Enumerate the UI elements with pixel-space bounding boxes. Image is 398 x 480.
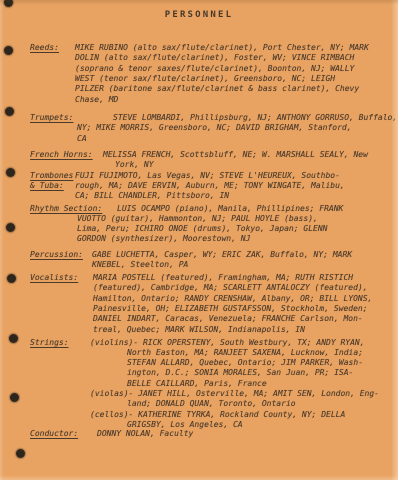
personnel-line-vocalists: Painesville, OH; ELIZABETH GUSTAFSSON, S…	[93, 304, 368, 314]
hole-punch-icon	[7, 274, 16, 283]
hole-punch-icon	[4, 0, 13, 7]
hole-punch-icon	[10, 393, 19, 402]
personnel-line-trombones-tuba: rough, MA; DAVE ERVIN, Auburn, ME; TONY …	[75, 181, 345, 191]
section-label-trumpets: Trumpets:	[30, 113, 73, 123]
section-label-trombones-tuba: Trombones	[30, 171, 73, 181]
personnel-line-reeds: DOLIN (alto sax/flute/clarinet), Foster,…	[75, 53, 354, 63]
personnel-line-strings: North Easton, MA; RANJEET SAXENA, Luckno…	[127, 348, 363, 358]
personnel-line-reeds: MIKE RUBINO (alto sax/flute/clarinet), P…	[75, 43, 369, 53]
hole-punch-icon	[5, 107, 14, 116]
personnel-line-strings: (violins)- RICK OPERSTENY, South Westbur…	[90, 338, 365, 348]
personnel-line-trumpets: NY; MIKE MORRIS, Greensboro, NC; DAVID B…	[77, 123, 352, 133]
section-label-trombones-tuba: & Tuba:	[30, 181, 64, 191]
personnel-line-trumpets: CA	[77, 134, 87, 144]
personnel-line-percussion: KNEBEL, Steelton, PA	[92, 260, 188, 270]
personnel-line-reeds: (soprano & tenor saxes/flute/clarinet), …	[75, 64, 354, 74]
personnel-line-strings: BELLE CAILLARD, Paris, France	[127, 379, 267, 389]
hole-punch-icon	[9, 334, 18, 343]
personnel-line-vocalists: MARIA POSTELL (featured), Framingham, MA…	[93, 273, 353, 283]
personnel-line-french-horns: MELISSA FRENCH, Scottsbluff, NE; W. MARS…	[103, 150, 368, 160]
personnel-line-rhythm-section: GORDON (synthesizer), Moorestown, NJ	[77, 234, 250, 244]
personnel-line-rhythm-section: Lima, Peru; ICHIRO ONOE (drums), Tokyo, …	[77, 224, 327, 234]
section-label-strings: Strings:	[30, 338, 69, 348]
personnel-line-trumpets: STEVE LOMBARDI, Phillipsburg, NJ; ANTHON…	[113, 113, 397, 123]
personnel-document-page: PERSONNEL Reeds:MIKE RUBINO (alto sax/fl…	[0, 0, 398, 480]
personnel-line-strings: land; DONALD QUAN, Toronto, Ontario	[127, 399, 296, 409]
personnel-line-percussion: GABE LUCHETTA, Casper, WY; ERIC ZAK, Buf…	[92, 250, 352, 260]
personnel-line-vocalists: treal, Quebec; MARK WILSON, Indianapolis…	[93, 325, 305, 335]
section-label-percussion: Percussion:	[30, 250, 83, 260]
section-label-reeds: Reeds:	[30, 43, 59, 53]
personnel-line-reeds: Chase, MD	[75, 95, 118, 105]
hole-punch-icon	[6, 168, 15, 177]
personnel-line-strings: (violas)- JANET HILL, Osterville, MA; AM…	[90, 389, 379, 399]
personnel-line-strings: ington, D.C.; SONIA MORALES, San Juan, P…	[127, 368, 353, 378]
personnel-line-trombones-tuba: FUJI FUJIMOTO, Las Vegas, NV; STEVE L'HE…	[75, 171, 340, 181]
section-label-conductor: Conductor:	[30, 429, 78, 439]
personnel-line-reeds: PILZER (baritone sax/flute/clarinet & ba…	[75, 84, 359, 94]
personnel-line-reeds: WEST (tenor sax/flute/clarinet), Greensb…	[75, 74, 335, 84]
personnel-line-vocalists: Hamilton, Ontario; RANDY CRENSHAW, Alban…	[93, 294, 372, 304]
section-label-french-horns: French Horns:	[30, 150, 93, 160]
personnel-line-strings: STEFAN ALLARD, Quebec, Ontario; JIM PARK…	[127, 358, 363, 368]
hole-punch-icon	[6, 223, 15, 232]
personnel-line-rhythm-section: LUIS OCAMPO (piano), Manila, Phillipines…	[117, 204, 343, 214]
section-label-vocalists: Vocalists:	[30, 273, 78, 283]
section-label-rhythm-section: Rhythm Section:	[30, 204, 102, 214]
personnel-line-vocalists: DANIEL INDART, Caracas, Venezuela; FRANC…	[93, 314, 363, 324]
personnel-line-vocalists: (featured), Cambridge, MA; SCARLETT ANTA…	[93, 283, 368, 293]
personnel-line-rhythm-section: VUOTTO (guitar), Hammonton, NJ; PAUL HOY…	[77, 214, 318, 224]
personnel-line-conductor: DONNY NOLAN, Faculty	[97, 429, 193, 439]
personnel-line-french-horns: York, NY	[115, 160, 154, 170]
hole-punch-icon	[16, 449, 25, 458]
personnel-line-strings: (cellos)- KATHERINE TYRKA, Rockland Coun…	[90, 410, 345, 420]
page-title: PERSONNEL	[0, 10, 398, 20]
hole-punch-icon	[4, 46, 13, 55]
personnel-line-trombones-tuba: CA; BILL CHANDLER, Pittsboro, IN	[75, 191, 229, 201]
